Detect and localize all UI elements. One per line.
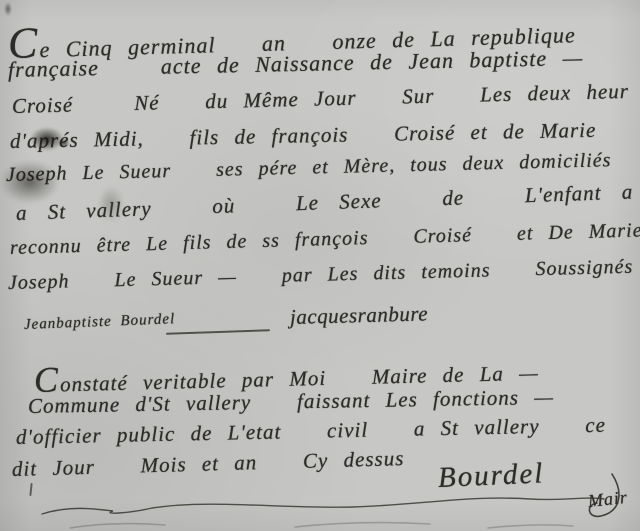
- act-line: d'aprés Midi, fils de françois Croisé et…: [10, 118, 597, 154]
- scanned-manuscript-page: Ce Cinq germinal an onze de La republiqu…: [0, 0, 640, 531]
- witness-signature: Jeanbaptiste Bourdel: [24, 311, 176, 334]
- margin-mark: [29, 483, 32, 496]
- act-line: a St vallery où Le Sexe de L'enfant a ét…: [16, 178, 640, 226]
- separator-dash: [166, 329, 270, 335]
- witness-signature: jacquesranbure: [290, 301, 429, 330]
- act-line: Joseph Le Sueur ses pére et Mère, tous d…: [6, 149, 612, 187]
- mayor-signature-title: Mair: [587, 487, 629, 512]
- ink-speck: [4, 2, 12, 16]
- act-line: Joseph Le Sueur — par Les dits temoins S…: [8, 255, 640, 295]
- certification-line: dit Jour Mois et an Cy dessus: [12, 446, 405, 482]
- act-line: reconnu être Le fils de ss françois Croi…: [10, 219, 640, 260]
- act-line: Croisé Né du Même Jour Sur Les deux heur: [12, 79, 630, 119]
- certification-line: d'officier public de L'etat civil a St v…: [16, 413, 606, 450]
- mayor-signature: Bourdel: [437, 457, 545, 495]
